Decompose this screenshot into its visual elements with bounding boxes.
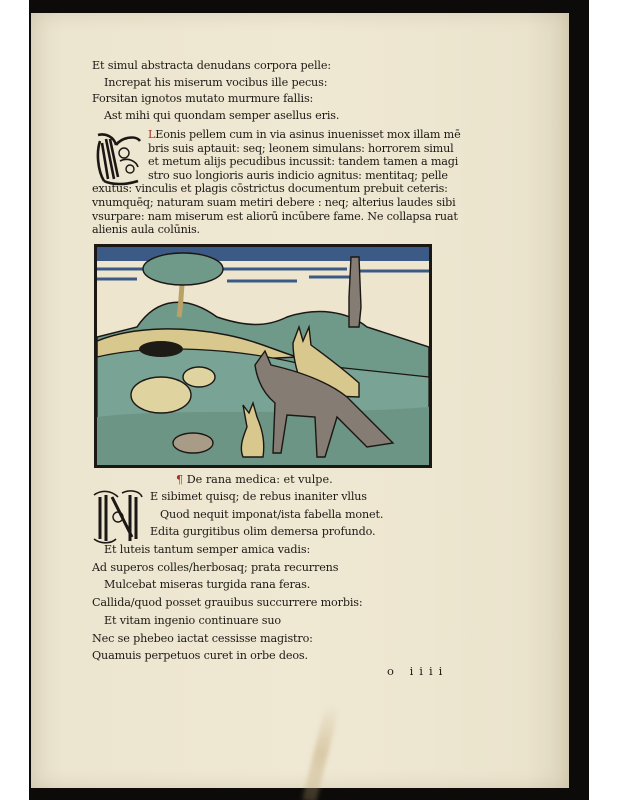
verse-line: Nec se phebeo iactat cessisse magistro: <box>92 630 383 648</box>
woodcut-scene-icon <box>97 247 429 465</box>
verse-line: Quamuis perpetuos curet in orbe deos. <box>92 647 383 665</box>
verse-line: Et simul abstracta denudans corpora pell… <box>92 58 339 75</box>
verse-line: Quod nequit imponat/ista fabella monet. <box>92 506 383 524</box>
prose-text: Eonis pellem cum in via asinus inuenisse… <box>155 128 460 141</box>
top-verse: Et simul abstracta denudans corpora pell… <box>92 58 339 124</box>
prose-line: et metum alijs pecudibus incussit: tande… <box>92 155 461 169</box>
verse-line: Et vitam ingenio continuare suo <box>92 612 383 630</box>
verse-line: Mulcebat miseras turgida rana feras. <box>92 576 383 594</box>
water-stain <box>302 703 340 800</box>
prose-line: vnumquēq; naturam suam metiri debere : n… <box>92 196 461 210</box>
verse-line: Callida/quod posset grauibus succurrere … <box>92 594 383 612</box>
signature-numeral: iiii <box>410 664 449 678</box>
signature-letter: o <box>387 664 400 678</box>
prose-line: exutus: vinculis et plagis cōstrictus do… <box>92 182 461 196</box>
verse-line: Increpat his miserum vocibus ille pecus: <box>92 75 339 92</box>
prose-line: bris suis aptauit: seq; leonem simulans:… <box>92 142 461 156</box>
prose-line: LEonis pellem cum in via asinus inueniss… <box>92 128 461 142</box>
verse-line: E sibimet quisq; de rebus inaniter vllus <box>92 488 383 506</box>
verse-line: Edita gurgitibus olim demersa profundo. <box>92 523 383 541</box>
prose-moral: LEonis pellem cum in via asinus inueniss… <box>92 128 461 237</box>
signature-mark: o iiii <box>387 664 448 678</box>
verse-line: Ad superos colles/herbosaq; prata recurr… <box>92 559 383 577</box>
fable-title: ¶ De rana medica: et vulpe. <box>176 473 333 486</box>
fable-verse: E sibimet quisq; de rebus inaniter vllus… <box>92 488 383 665</box>
verse-line: Et luteis tantum semper amica vadis: <box>92 541 383 559</box>
prose-line: stro suo longioris auris indicio agnitus… <box>92 169 461 183</box>
verse-line: Ast mihi qui quondam semper asellus eris… <box>92 108 339 125</box>
pilcrow-mark: ¶ <box>176 473 183 486</box>
woodcut-illustration <box>94 244 432 468</box>
verse-line: Forsitan ignotos mutato murmure fallis: <box>92 91 339 108</box>
prose-line: vsurpare: nam miserum est aliorū incūber… <box>92 210 461 224</box>
fable-title-text: De rana medica: et vulpe. <box>187 473 333 486</box>
prose-line: alienis aula colūnis. <box>92 223 461 237</box>
